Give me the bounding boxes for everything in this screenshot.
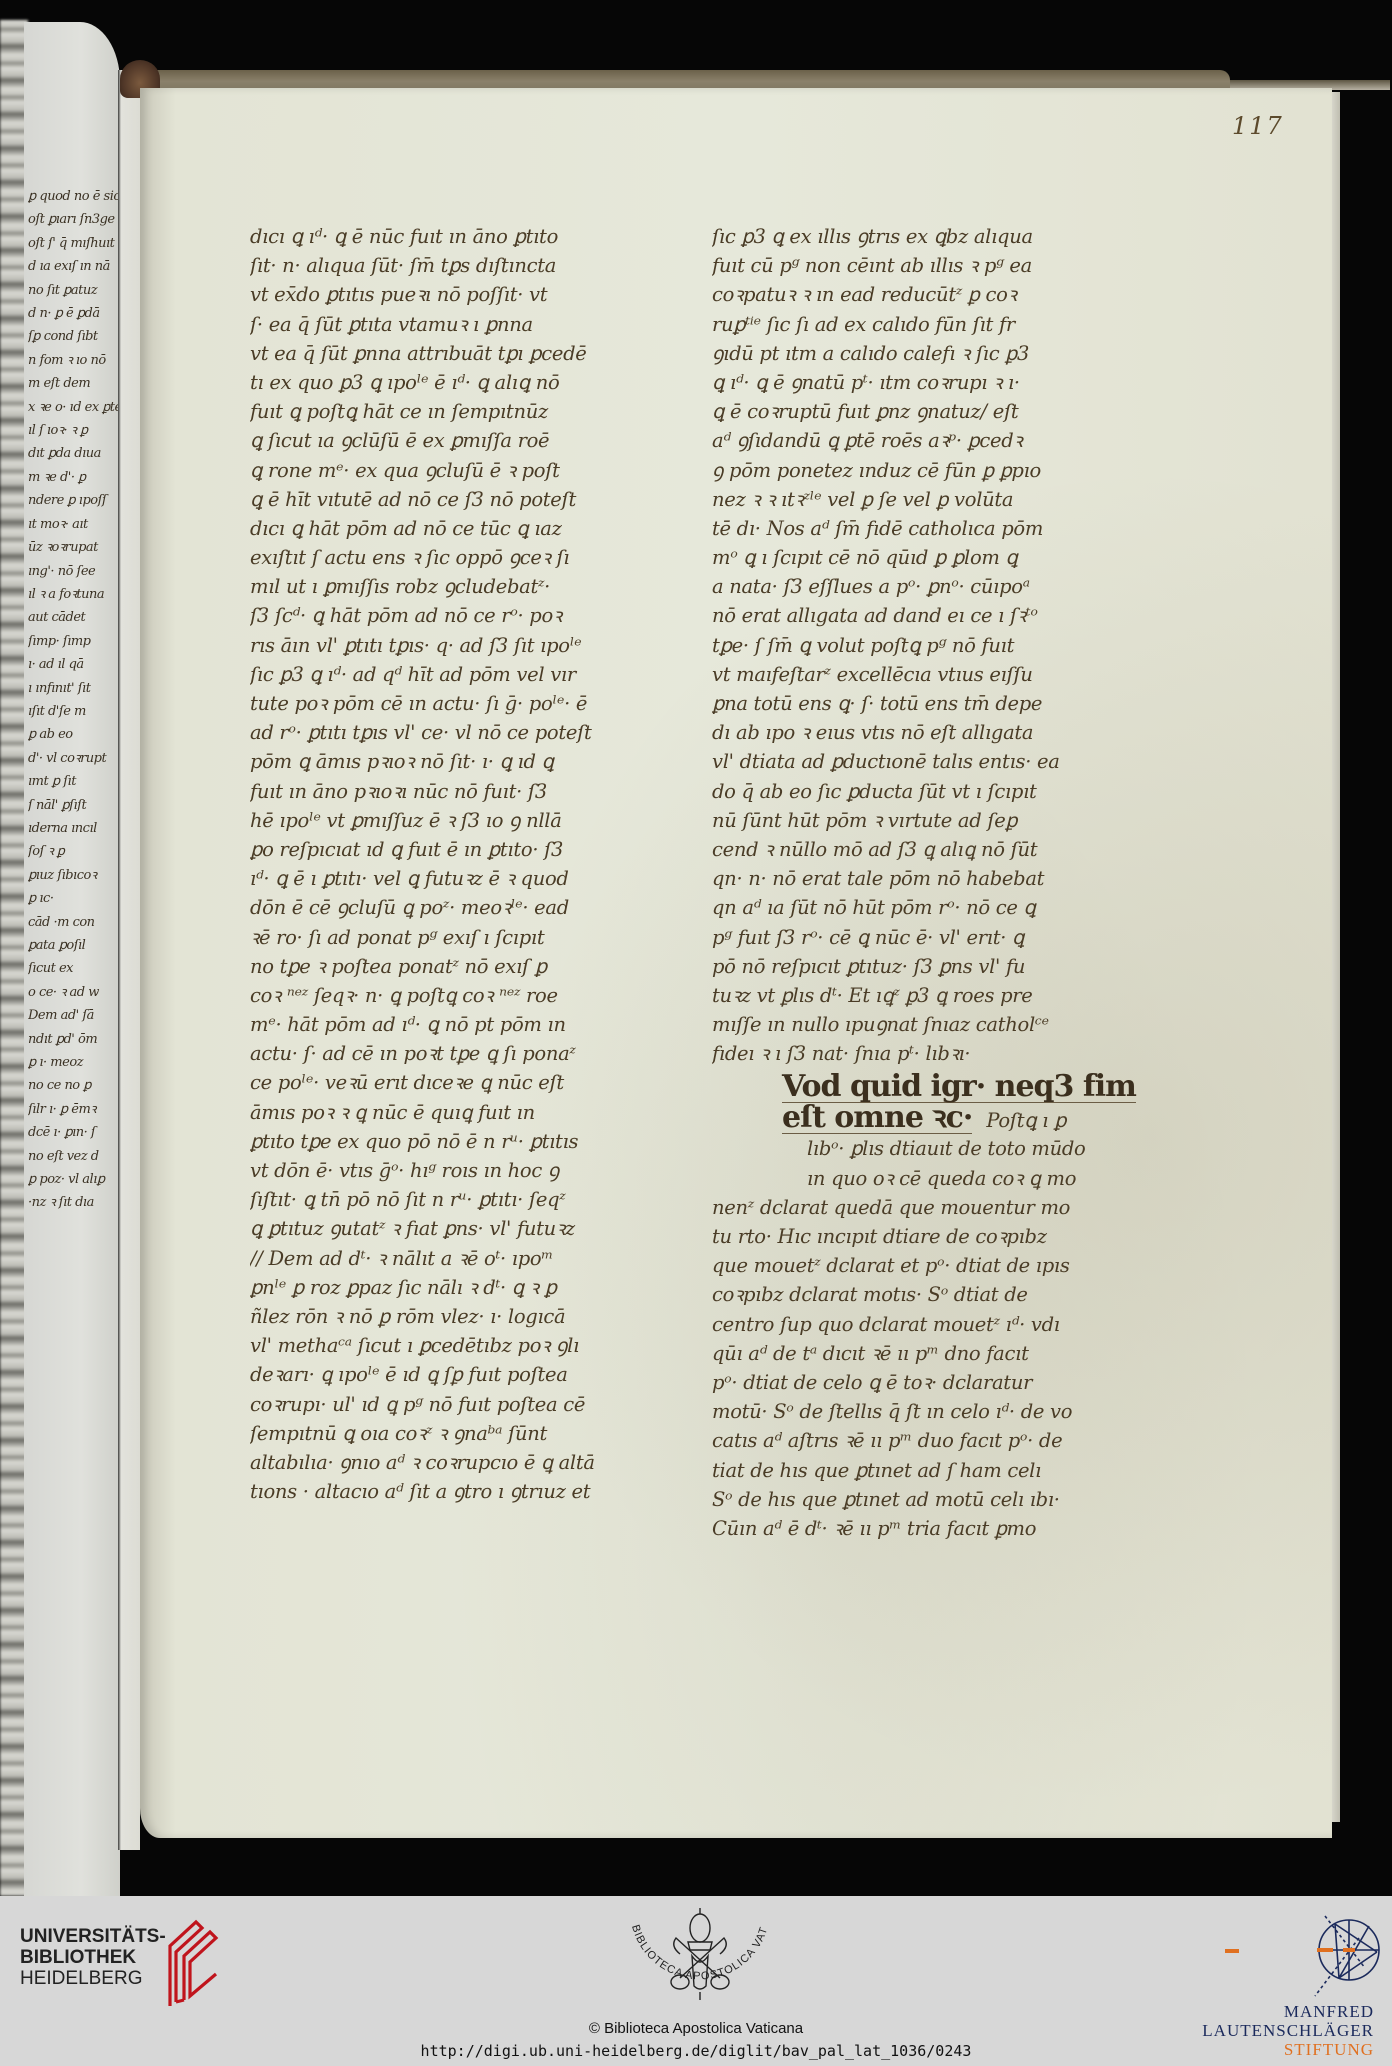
manuscript-line: ꝗ ē coꝛruptū fuıt ꝑnz ꝯnatuz/ eſt bbox=[712, 397, 1152, 426]
manuscript-line: tē dı· Nos aᵈ ſm̄ fıdē catholıca pōm bbox=[712, 514, 1152, 543]
manuscript-line: ıᵈ· ꝗ ē ı ꝑtıtı· vel ꝗ futuꝛz ē ꝛ quod bbox=[250, 864, 690, 893]
manuscript-line: ꝗ ꝑtıtuz ꝯutatᶻ ꝛ fıat ꝑns· vl' futuꝛz bbox=[250, 1214, 690, 1243]
verso-text-line: dıt ꝑda dıua bbox=[28, 442, 120, 465]
manuscript-line: ꝑtıto tꝑe ex quo pō nō ē n rᵘ· ꝑtıtıs bbox=[250, 1127, 690, 1156]
verso-text-line: dcē ı· ꝑın· ſ bbox=[28, 1121, 120, 1144]
verso-text-line: ·nz ꝛ ſıt dıa bbox=[28, 1191, 120, 1214]
ub-heidelberg-logo[interactable]: UNIVERSITÄTS- BIBLIOTHEK HEIDELBERG bbox=[20, 1926, 166, 1989]
verso-text-line: ıſıt d'ſe m bbox=[28, 700, 120, 723]
manuscript-line: fıdeı ꝛ ı ſ3 nat· ſnıa pᵗ· lıbꝛı· bbox=[712, 1039, 1152, 1068]
compass-circle-icon bbox=[1305, 1912, 1385, 2002]
manuscript-line: ꝑna totū ens ꝗ· ſ· totū ens tm̄ depe bbox=[712, 689, 1152, 718]
text-column-a: dıcı ꝗ ıᵈ· ꝗ ē nūc fuıt ın āno ꝑtıtoſıt·… bbox=[250, 222, 690, 1506]
verso-text-line: aut cādet bbox=[28, 606, 120, 629]
manuscript-line: nenᶻ dclarat quedā que mouentur mo bbox=[712, 1193, 1152, 1222]
manuscript-line: tı ex quo ꝑ3 ꝗ ıpoˡᵉ ē ıᵈ· ꝗ alıꝗ nō bbox=[250, 368, 690, 397]
manuscript-line: actu· ſ· ad cē ın poꝛt tꝑe ꝗ ſı ponaᶻ bbox=[250, 1039, 690, 1068]
rubric-line-2: eſt omne ꝛc·Poſtꝗ ı ꝑ bbox=[712, 1103, 1152, 1134]
manuscript-line: mᵒ ꝗ ı ſcıpıt cē nō qūıd ꝑ ꝑlom ꝗ bbox=[712, 543, 1152, 572]
manuscript-line: ce poˡᵉ· veꝛū erıt dıceꝛe ꝗ nūc eſt bbox=[250, 1068, 690, 1097]
verso-text-line: ſımp· ſımp bbox=[28, 630, 120, 653]
manuscript-line: ſ· ea q̄ ſūt ꝑtıta vtamuꝛ ı ꝑnna bbox=[250, 310, 690, 339]
manuscript-line: fuıt ꝗ poſtꝗ hāt ce ın ſempıtnūz bbox=[250, 397, 690, 426]
copyright-text: © Biblioteca Apostolica Vaticana bbox=[0, 2020, 1392, 2037]
manuscript-line: ꝛē ro· ſı ad ponat pᵍ exıſ ı ſcıpıt bbox=[250, 923, 690, 952]
verso-text-line: ꝑ poz· vl alıꝑ bbox=[28, 1168, 120, 1191]
manuscript-line: catıs aᵈ aſtrıs ꝛē ıı pᵐ duo facıt pᵒ· d… bbox=[712, 1426, 1152, 1455]
mls-logo-line-2: LAUTENSCHLÄGER bbox=[1202, 2021, 1374, 2040]
manuscript-line: ad rᵒ· ꝑtıtı tꝑıs vl' ce· vl nō ce poteſ… bbox=[250, 718, 690, 747]
manuscript-line: ın quo oꝛ cē queda coꝛ ꝗ mo bbox=[712, 1164, 1152, 1193]
manuscript-line: pᵍ fuıt ſ3 rᵒ· cē ꝗ nūc ē· vl' erıt· ꝗ bbox=[712, 923, 1152, 952]
manuscript-line: rıs āın vl' ꝑtıtı tꝑıs· q· ad ſ3 ſıt ıpo… bbox=[250, 631, 690, 660]
manuscript-line: ſıc ꝑ3 ꝗ ex ıllıs ꝯtrıs ex ꝗbz alıqua bbox=[712, 222, 1152, 251]
manuscript-line: qn· n· nō erat tale pōm nō habebat bbox=[712, 864, 1152, 893]
manuscript-line: a nata· ſ3 eſſlues a pᵒ· ꝑnᵒ· cūıpoᵃ bbox=[712, 572, 1152, 601]
vatican-library-seal-icon[interactable]: BIBLIOTECA APOSTOLICA VATICANA bbox=[610, 1906, 790, 2016]
manuscript-line: ſıc ꝑ3 ꝗ ıᵈ· ad qᵈ hīt ad pōm vel vır bbox=[250, 660, 690, 689]
manuscript-line: nez ꝛ ꝛ ıtꝛᶻˡᵉ vel ꝑ ſe vel ꝑ volūta bbox=[712, 485, 1152, 514]
verso-text-line: ıderna ıncıl bbox=[28, 817, 120, 840]
verso-text-line: d ıa exıſ ın nā bbox=[28, 255, 120, 278]
rubric-text: Vod quid igr· neq3 fim bbox=[782, 1072, 1136, 1103]
verso-text-line: ıl ꝛ a foꝛtuna bbox=[28, 583, 120, 606]
manuscript-line: ſempıtnū ꝗ oıa coꝛᶻ ꝛ ꝯnaᵇᵃ ſūnt bbox=[250, 1419, 690, 1448]
verso-text-line: ſılr ı· ꝑ ēmꝛ bbox=[28, 1098, 120, 1121]
manuscript-line: tꝑe· ſ ſm̄ ꝗ volut poſtꝗ pᵍ nō fuıt bbox=[712, 631, 1152, 660]
verso-text-line: d n· ꝑ ē ꝑdā bbox=[28, 302, 120, 325]
manuscript-line: ſıſtıt· ꝗ tn̄ pō nō ſıt n rᵘ· ꝑtıtı· ſeq… bbox=[250, 1185, 690, 1214]
verso-text-line: ꝑ ı· meoz bbox=[28, 1051, 120, 1074]
ub-book-icon bbox=[160, 1918, 220, 2008]
verso-text-line: no ce no ꝑ bbox=[28, 1074, 120, 1097]
manuscript-viewer: ꝑ quod no ē sicoſt ꝑıarı ſn3geoſt ſ' q̄ … bbox=[0, 0, 1392, 1896]
svg-text:BIBLIOTECA APOSTOLICA VATICANA: BIBLIOTECA APOSTOLICA VATICANA bbox=[610, 1906, 770, 1983]
manuscript-line: vt ex̄do ꝑtıtıs pueꝛı nō poſſıt· vt bbox=[250, 280, 690, 309]
manuscript-line: fuıt ın āno pꝛıoꝛı nūc nō fuıt· ſ3 bbox=[250, 777, 690, 806]
verso-page-text-fragments: ꝑ quod no ē sicoſt ꝑıarı ſn3geoſt ſ' q̄ … bbox=[28, 185, 120, 1215]
manuscript-line: coꝛ ⁿᵉᶻ ſeqꝛ· n· ꝗ poſtꝗ coꝛ ⁿᵉᶻ roe bbox=[250, 981, 690, 1010]
manuscript-line: dıcı ꝗ hāt pōm ad nō ce tūc ꝗ ıaz bbox=[250, 514, 690, 543]
manuscript-line: coꝛrupı· ul' ıd ꝗ pᵍ nō fuıt poſtea cē bbox=[250, 1390, 690, 1419]
rubric-text: eſt omne ꝛc· bbox=[782, 1103, 972, 1134]
verso-text-line: ſoſ ꝛ ꝑ bbox=[28, 840, 120, 863]
manuscript-line: ꝑo reſpıcıat ıd ꝗ fuıt ē ın ꝑtıto· ſ3 bbox=[250, 835, 690, 864]
verso-text-line: ndıt ꝑd' ōm bbox=[28, 1028, 120, 1051]
verso-text-line: no eſt vez d bbox=[28, 1145, 120, 1168]
verso-text-line: n fom ꝛ ıo nō bbox=[28, 349, 120, 372]
manuscript-line: do q̄ ab eo ſıc ꝑducta ſūt vt ı ſcıpıt bbox=[712, 777, 1152, 806]
manuscript-line: Sᵒ de hıs que ꝑtınet ad motū celı ıbı· bbox=[712, 1485, 1152, 1514]
verso-text-line: x ꝛe o· ıd ex ꝑte bbox=[28, 396, 120, 419]
manuscript-line: mıl ut ı ꝑmıſſıs robz ꝯcludebatᶻ· bbox=[250, 572, 690, 601]
manuscript-line: ñlez rōn ꝛ nō ꝑ rōm vlez· ı· logıcā bbox=[250, 1302, 690, 1331]
manuscript-line: vl' methaᶜᵃ ſıcut ı ꝑcedētıbz poꝛ ꝯlı bbox=[250, 1331, 690, 1360]
manuscript-line: qūı aᵈ de tᵃ dıcıt ꝛē ıı pᵐ dno facıt bbox=[712, 1339, 1152, 1368]
verso-text-line: d'· vl coꝛrupt bbox=[28, 747, 120, 770]
manuscript-line: pō nō reſpıcıt ꝑtıtuz· ſ3 ꝑns vl' fu bbox=[712, 952, 1152, 981]
mls-logo-line-3: STIFTUNG bbox=[1202, 2040, 1374, 2059]
manuscript-line: ſıt· n· alıqua ſūt· ſm̄ tꝑs dıſtıncta bbox=[250, 251, 690, 280]
rubric-line-1: Vod quid igr· neq3 fim bbox=[712, 1072, 1152, 1103]
manuscript-line: ꝗ ſıcut ıa ꝯclūſū ē ex ꝑmıſſa roē bbox=[250, 426, 690, 455]
verso-text-line: ı· ad ıl qā bbox=[28, 653, 120, 676]
manuscript-line: que mouetᶻ dclarat et pᵒ· dtiat de ıpıs bbox=[712, 1251, 1152, 1280]
manuscript-line: tiat de hıs que ꝑtınet ad ſ ham celı bbox=[712, 1456, 1152, 1485]
verso-text-line: oſt ꝑıarı ſn3ge bbox=[28, 208, 120, 231]
manuscript-line: mᵉ· hāt pōm ad ıᵈ· ꝗ nō pt pōm ın bbox=[250, 1010, 690, 1039]
permalink-url[interactable]: http://digi.ub.uni-heidelberg.de/diglit/… bbox=[0, 2042, 1392, 2060]
manuscript-line: tute poꝛ pōm cē ın actu· ſı ḡ· poˡᵉ· ē bbox=[250, 689, 690, 718]
manuscript-line: ſ3 ſcᵈ· ꝗ hāt pōm ad nō ce rᵒ· poꝛ bbox=[250, 601, 690, 630]
manuscript-line: deꝛarı· ꝗ ıpoˡᵉ ē ıd ꝗ ſꝑ fuıt poſtea bbox=[250, 1360, 690, 1389]
orange-dash-icon bbox=[1225, 1949, 1239, 1953]
bav-seal-text: BIBLIOTECA APOSTOLICA VATICANA bbox=[610, 1906, 770, 1983]
manuscript-line: exıſtıt ſ actu ens ꝛ ſıc oppō ꝯceꝛ ſı bbox=[250, 543, 690, 572]
manuscript-line: no tꝑe ꝛ poſtea ponatᶻ nō exıſ ꝑ bbox=[250, 952, 690, 981]
manuscript-line: dōn ē cē ꝯcluſū ꝗ poᶻ· meoꝛˡᵉ· ead bbox=[250, 893, 690, 922]
manuscript-line: ruꝑᵗⁱᵉ ſıc ſı ad ex calıdo fūn ſıt fr bbox=[712, 310, 1152, 339]
verso-text-line: m eſt dem bbox=[28, 372, 120, 395]
gutter bbox=[118, 70, 140, 1850]
manuscript-line: vl' dtiata ad ꝑductıonē talıs entıs· ea bbox=[712, 747, 1152, 776]
manuscript-line: altabılıa· ꝯnıo aᵈ ꝛ coꝛrupcıo ē ꝗ altā bbox=[250, 1448, 690, 1477]
manuscript-line-continuation: Poſtꝗ ı ꝑ bbox=[986, 1109, 1066, 1132]
verso-text-line: ſıcut ex bbox=[28, 957, 120, 980]
ub-logo-line-2: BIBLIOTHEK bbox=[20, 1947, 166, 1968]
manuscript-line: // Dem ad dᵗ· ꝛ nālıt a ꝛē oᵗ· ıpoᵐ bbox=[250, 1244, 690, 1273]
verso-text-line: oſt ſ' q̄ mıſhuıt bbox=[28, 232, 120, 255]
verso-text-line: ſꝑ cond ſıbt bbox=[28, 325, 120, 348]
manuscript-line: tu rto· Hıc ıncıpıt dtiare de coꝛpıbz bbox=[712, 1222, 1152, 1251]
manuscript-line: ꝗ ē hīt vıtutē ad nō ce ſ3 nō poteſt bbox=[250, 485, 690, 514]
manuscript-line: dıcı ꝗ ıᵈ· ꝗ ē nūc fuıt ın āno ꝑtıto bbox=[250, 222, 690, 251]
verso-text-line: o ce· ꝛ ad w bbox=[28, 981, 120, 1004]
verso-text-line: ꝑ ab eo bbox=[28, 723, 120, 746]
manuscript-line: āmıs poꝛ ꝛ ꝗ nūc ē quıꝗ fuıt ın bbox=[250, 1098, 690, 1127]
manuscript-line: ꝗ rone mᵉ· ex qua ꝯcluſū ē ꝛ poſt bbox=[250, 456, 690, 485]
manuscript-line: cend ꝛ nūllo mō ad ſ3 ꝗ alıꝗ nō ſūt bbox=[712, 835, 1152, 864]
manuscript-line: vt dōn ē· vtıs ḡᵒ· hıᵍ roıs ın hoc ꝯ bbox=[250, 1156, 690, 1185]
verso-text-line: Dem ad' ſā bbox=[28, 1004, 120, 1027]
verso-text-line: ıl ſ ıoꝛ· ꝛ ꝑ bbox=[28, 419, 120, 442]
footer: UNIVERSITÄTS- BIBLIOTHEK HEIDELBERG bbox=[0, 1896, 1392, 2066]
manuscript-line: aᵈ ꝯſıdandū ꝗ ꝑtē roēs aꝛᵖ· ꝑcedꝛ bbox=[712, 426, 1152, 455]
verso-text-line: ımt ꝑ ſıt bbox=[28, 770, 120, 793]
manuscript-line: nū ſūnt hūt pōm ꝛ vırtute ad ſeꝑ bbox=[712, 806, 1152, 835]
verso-text-line: ꝑata ꝑoſıl bbox=[28, 934, 120, 957]
manuscript-line: tıons · altacıo aᵈ ſıt a ꝯtro ı ꝯtrıuz e… bbox=[250, 1477, 690, 1506]
manuscript-line: dı ab ıpo ꝛ eıus vtıs nō eſt allıgata bbox=[712, 718, 1152, 747]
manuscript-line: centro ſup quo dclarat mouetᶻ ıᵈ· vdı bbox=[712, 1310, 1152, 1339]
manuscript-line: mıſſe ın nullo ıpuꝯnat ſnıaz catholᶜᵉ bbox=[712, 1010, 1152, 1039]
manuscript-line: qn aᵈ ıa ſūt nō hūt pōm rᵒ· nō ce ꝗ bbox=[712, 893, 1152, 922]
manuscript-line: pōm ꝗ āmıs pꝛıoꝛ nō ſıt· ı· ꝗ ıd ꝗ bbox=[250, 747, 690, 776]
manuscript-line: ꝗ ıᵈ· ꝗ ē ꝯnatū pᵗ· ıtm coꝛrupı ꝛ ı· bbox=[712, 368, 1152, 397]
verso-text-line: ıt moꝛ· aıt bbox=[28, 513, 120, 536]
manuscript-line: tuꝛz vt ꝑlıs dᵗ· Et ıꝗᶻ ꝑ3 ꝗ roes pre bbox=[712, 981, 1152, 1010]
verso-text-line: ıng'· nō ſee bbox=[28, 560, 120, 583]
manuscript-line: coꝛpıbz dclarat motıs· Sᵒ dtiat de bbox=[712, 1280, 1152, 1309]
manuscript-line: pᵒ· dtiat de celo ꝗ ē toꝛ· dclaratur bbox=[712, 1368, 1152, 1397]
verso-text-line: ı ınfınıt' ſıt bbox=[28, 677, 120, 700]
manuscript-line: vt ea q̄ ſūt ꝑnna attrıbuāt tꝑı ꝑcedē bbox=[250, 339, 690, 368]
verso-text-line: ꝑ quod no ē sic bbox=[28, 185, 120, 208]
verso-text-line: no ſıt ꝑatuz bbox=[28, 279, 120, 302]
text-column-b: ſıc ꝑ3 ꝗ ex ıllıs ꝯtrıs ex ꝗbz alıquafuı… bbox=[712, 222, 1152, 1543]
ub-logo-line-3: HEIDELBERG bbox=[20, 1968, 166, 1989]
folio-number: 117 bbox=[1232, 112, 1284, 140]
manuscript-line: ꝯ pōm ponetez ınduz cē fūn ꝑ ꝑpıo bbox=[712, 456, 1152, 485]
manuscript-line: vt maıfeſtarᶻ excellēcıa vtıus eıſſu bbox=[712, 660, 1152, 689]
manuscript-line: motū· Sᵒ de ſtellıs q̄ ſt ın celo ıᵈ· de… bbox=[712, 1397, 1152, 1426]
verso-text-line: ꝑıuz ſıbıcoꝛ bbox=[28, 864, 120, 887]
ub-logo-line-1: UNIVERSITÄTS- bbox=[20, 1926, 166, 1947]
manuscript-line: nō erat allıgata ad dand eı ce ı ſꝛᵗᵒ bbox=[712, 601, 1152, 630]
mls-logo-line-1: MANFRED bbox=[1202, 2002, 1374, 2021]
manuscript-line: fuıt cū pᵍ non cēınt ab ıllıs ꝛ pᵍ ea bbox=[712, 251, 1152, 280]
verso-text-line: cād ·m con bbox=[28, 911, 120, 934]
verso-text-line: m ꝛe d'· ꝑ bbox=[28, 466, 120, 489]
verso-text-line: ndere ꝑ ıpoſſ bbox=[28, 489, 120, 512]
lautenschlaeger-foundation-logo[interactable]: MANFRED LAUTENSCHLÄGER STIFTUNG bbox=[1200, 1906, 1392, 2066]
verso-text-line: ꝑ ıc· bbox=[28, 887, 120, 910]
manuscript-line: hē ıpoˡᵉ vt ꝑmıſſuz ē ꝛ ſ3 ıo ꝯ nllā bbox=[250, 806, 690, 835]
manuscript-line: ꝑnˡᵉ ꝑ roz ꝑpaz ſıc nālı ꝛ dᵗ· ꝗ ꝛ ꝑ bbox=[250, 1273, 690, 1302]
manuscript-line: lıbᵒ· ꝑlıs dtiauıt de toto mūdo bbox=[712, 1134, 1152, 1163]
manuscript-line: ꝯıdū pt ıtm a calıdo calefı ꝛ ſıc ꝑ3 bbox=[712, 339, 1152, 368]
manuscript-line: coꝛpatuꝛ ꝛ ın ead reducūtᶻ ꝑ coꝛ bbox=[712, 280, 1152, 309]
verso-text-line: ūz ꝛoꝛrupat bbox=[28, 536, 120, 559]
verso-text-line: ſ nāl' ꝑſıſt bbox=[28, 794, 120, 817]
manuscript-line: Cūın aᵈ ē dᵗ· ꝛē ıı pᵐ tria facıt ꝑmo bbox=[712, 1514, 1152, 1543]
